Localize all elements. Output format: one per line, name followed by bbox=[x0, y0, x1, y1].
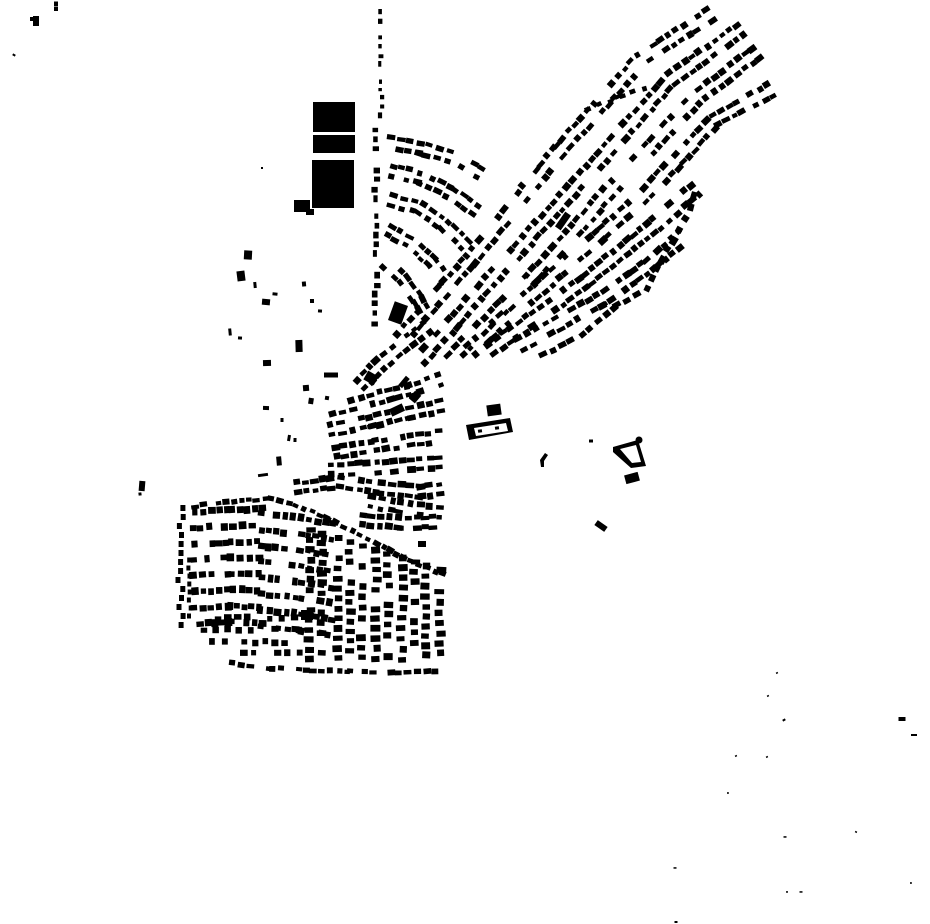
building bbox=[427, 456, 434, 461]
building bbox=[435, 465, 443, 470]
building bbox=[265, 559, 271, 565]
building bbox=[248, 627, 254, 634]
building bbox=[334, 616, 342, 622]
building bbox=[306, 209, 314, 215]
building bbox=[436, 599, 444, 606]
building bbox=[302, 281, 306, 286]
building bbox=[378, 44, 381, 48]
building bbox=[359, 563, 366, 570]
building bbox=[305, 647, 314, 653]
figure-ground-map bbox=[0, 0, 930, 924]
building bbox=[208, 571, 214, 577]
building bbox=[373, 136, 378, 142]
building bbox=[424, 482, 433, 488]
building bbox=[266, 607, 273, 615]
building bbox=[224, 614, 232, 621]
building bbox=[371, 322, 378, 327]
building bbox=[335, 595, 343, 601]
building bbox=[306, 537, 313, 543]
building bbox=[301, 610, 313, 620]
building bbox=[334, 566, 342, 572]
building bbox=[179, 541, 184, 547]
building bbox=[306, 517, 313, 523]
building bbox=[636, 437, 643, 444]
building bbox=[333, 636, 343, 641]
building bbox=[284, 649, 290, 656]
building bbox=[333, 452, 341, 459]
building bbox=[349, 441, 357, 449]
building bbox=[380, 95, 384, 99]
building bbox=[910, 882, 912, 884]
building bbox=[399, 457, 407, 464]
building bbox=[317, 619, 325, 626]
building bbox=[244, 614, 251, 621]
building bbox=[405, 516, 412, 521]
building bbox=[346, 608, 356, 614]
building bbox=[387, 669, 395, 675]
building bbox=[389, 457, 398, 465]
building bbox=[318, 609, 325, 616]
building bbox=[357, 477, 365, 485]
building bbox=[328, 537, 334, 543]
building bbox=[327, 486, 336, 492]
building bbox=[297, 513, 305, 522]
building bbox=[373, 128, 379, 132]
building bbox=[478, 429, 482, 433]
building bbox=[348, 579, 356, 586]
building bbox=[178, 559, 183, 565]
building bbox=[380, 105, 384, 109]
building bbox=[410, 578, 419, 585]
building bbox=[245, 587, 252, 593]
building bbox=[271, 543, 279, 551]
building bbox=[293, 438, 296, 442]
building bbox=[296, 667, 302, 672]
building bbox=[291, 614, 298, 620]
building bbox=[279, 615, 285, 622]
building bbox=[415, 431, 424, 437]
building bbox=[200, 509, 206, 516]
building bbox=[384, 602, 394, 609]
building bbox=[377, 514, 385, 520]
building bbox=[181, 514, 186, 520]
building bbox=[379, 80, 382, 84]
building bbox=[317, 579, 327, 586]
building bbox=[366, 522, 374, 529]
building bbox=[238, 571, 245, 577]
building bbox=[204, 555, 210, 563]
building bbox=[181, 613, 186, 619]
building bbox=[262, 299, 270, 306]
building bbox=[199, 571, 207, 578]
building bbox=[336, 555, 343, 561]
building bbox=[345, 590, 354, 596]
building bbox=[347, 539, 355, 545]
building bbox=[220, 554, 227, 560]
building bbox=[434, 589, 444, 594]
building bbox=[313, 488, 319, 493]
building bbox=[325, 598, 333, 607]
building bbox=[309, 669, 317, 674]
building bbox=[382, 459, 390, 466]
building bbox=[318, 309, 322, 312]
building bbox=[410, 618, 418, 625]
building bbox=[216, 587, 223, 594]
building bbox=[399, 595, 409, 602]
building bbox=[319, 549, 326, 556]
building bbox=[371, 656, 380, 662]
building bbox=[383, 632, 391, 638]
building bbox=[243, 506, 250, 514]
building bbox=[272, 292, 277, 296]
building bbox=[411, 629, 418, 635]
building bbox=[267, 616, 272, 622]
building bbox=[267, 574, 273, 583]
building bbox=[304, 627, 313, 633]
building bbox=[425, 503, 432, 510]
building bbox=[307, 576, 315, 583]
building bbox=[293, 595, 299, 601]
building bbox=[418, 541, 426, 547]
building bbox=[269, 666, 275, 672]
building bbox=[229, 659, 236, 665]
building bbox=[395, 670, 402, 675]
building bbox=[239, 585, 246, 593]
building bbox=[800, 891, 803, 893]
building bbox=[374, 283, 381, 288]
building bbox=[238, 336, 242, 339]
building bbox=[436, 567, 446, 574]
building bbox=[271, 640, 278, 647]
building bbox=[346, 619, 354, 625]
building bbox=[397, 526, 404, 531]
building bbox=[237, 506, 244, 513]
building bbox=[282, 512, 288, 520]
building bbox=[318, 650, 326, 656]
building bbox=[374, 459, 379, 465]
building bbox=[305, 656, 314, 663]
building bbox=[367, 513, 376, 519]
building bbox=[258, 558, 264, 565]
building bbox=[296, 627, 302, 633]
building bbox=[436, 515, 442, 520]
building bbox=[187, 558, 191, 563]
building bbox=[221, 523, 228, 531]
building bbox=[205, 619, 213, 627]
building bbox=[371, 187, 377, 193]
building bbox=[236, 539, 244, 546]
building bbox=[386, 513, 392, 520]
building bbox=[334, 655, 342, 661]
building bbox=[423, 604, 431, 609]
building bbox=[234, 603, 240, 609]
building bbox=[390, 468, 399, 475]
building bbox=[187, 614, 191, 619]
building bbox=[324, 372, 338, 377]
building bbox=[274, 593, 280, 599]
building bbox=[373, 447, 380, 453]
building bbox=[227, 602, 233, 610]
building bbox=[373, 146, 379, 151]
building bbox=[332, 645, 342, 652]
building bbox=[259, 527, 266, 534]
building bbox=[400, 646, 407, 653]
building bbox=[373, 232, 378, 239]
building bbox=[371, 546, 380, 553]
building bbox=[377, 479, 386, 486]
building bbox=[178, 568, 183, 574]
building bbox=[284, 609, 290, 617]
building bbox=[231, 499, 238, 505]
building bbox=[215, 616, 222, 621]
building bbox=[411, 599, 419, 605]
building bbox=[303, 668, 310, 673]
building bbox=[238, 521, 246, 529]
building bbox=[417, 501, 425, 507]
building bbox=[252, 505, 258, 513]
building bbox=[786, 891, 788, 893]
building bbox=[176, 577, 181, 583]
building bbox=[396, 636, 404, 641]
building bbox=[312, 160, 354, 208]
building bbox=[373, 645, 380, 652]
building bbox=[292, 577, 298, 585]
building bbox=[191, 587, 199, 595]
building bbox=[422, 651, 430, 658]
building bbox=[399, 555, 407, 562]
building bbox=[334, 625, 343, 632]
building bbox=[284, 626, 291, 632]
building bbox=[423, 668, 431, 674]
building bbox=[397, 481, 406, 488]
building bbox=[308, 398, 314, 405]
building bbox=[251, 650, 256, 655]
building bbox=[347, 638, 354, 643]
building bbox=[240, 650, 248, 656]
building bbox=[378, 88, 382, 91]
building bbox=[357, 487, 363, 492]
building bbox=[177, 604, 182, 610]
building bbox=[196, 621, 204, 627]
building bbox=[215, 540, 223, 546]
building bbox=[228, 538, 233, 545]
building bbox=[318, 669, 325, 674]
building bbox=[359, 543, 367, 548]
building bbox=[333, 576, 343, 582]
building bbox=[209, 638, 215, 645]
building bbox=[332, 586, 342, 592]
building bbox=[297, 580, 305, 587]
building bbox=[347, 461, 355, 466]
building bbox=[417, 492, 426, 499]
building bbox=[911, 734, 917, 736]
building bbox=[298, 531, 306, 537]
building bbox=[305, 546, 314, 552]
building bbox=[228, 506, 235, 514]
building bbox=[350, 451, 358, 459]
building bbox=[346, 558, 354, 564]
building bbox=[253, 282, 257, 288]
building bbox=[359, 521, 366, 528]
building bbox=[54, 2, 58, 7]
building bbox=[383, 551, 391, 556]
building bbox=[206, 522, 213, 530]
building bbox=[180, 586, 185, 592]
building bbox=[674, 867, 677, 869]
building bbox=[318, 591, 326, 596]
building bbox=[421, 573, 429, 578]
building bbox=[252, 498, 260, 503]
building bbox=[399, 574, 407, 581]
building bbox=[374, 272, 380, 279]
building bbox=[372, 291, 378, 298]
building bbox=[378, 35, 382, 39]
building bbox=[227, 553, 235, 561]
building bbox=[424, 431, 431, 437]
building bbox=[339, 442, 348, 449]
building bbox=[201, 588, 206, 594]
building bbox=[201, 628, 208, 633]
building bbox=[357, 645, 365, 651]
building bbox=[289, 512, 296, 521]
building bbox=[246, 664, 254, 669]
building bbox=[313, 135, 355, 153]
building bbox=[413, 525, 422, 531]
building bbox=[257, 624, 264, 630]
building bbox=[266, 527, 272, 533]
building bbox=[325, 396, 330, 401]
building bbox=[280, 418, 283, 422]
building bbox=[423, 563, 430, 570]
building bbox=[30, 17, 34, 21]
map-background bbox=[0, 0, 930, 924]
building bbox=[188, 590, 192, 595]
building bbox=[383, 562, 391, 567]
building bbox=[420, 516, 429, 521]
building bbox=[373, 195, 377, 202]
building bbox=[399, 584, 408, 590]
building bbox=[305, 567, 314, 573]
building bbox=[319, 560, 327, 566]
building bbox=[435, 620, 444, 626]
building bbox=[138, 492, 141, 495]
building bbox=[239, 498, 244, 503]
building bbox=[436, 491, 445, 497]
building bbox=[435, 428, 443, 433]
building bbox=[209, 540, 215, 547]
building bbox=[246, 539, 252, 546]
building bbox=[278, 665, 284, 670]
building bbox=[359, 512, 367, 518]
building bbox=[187, 598, 191, 603]
building bbox=[407, 466, 416, 473]
building bbox=[372, 567, 381, 572]
building bbox=[306, 527, 316, 532]
building bbox=[199, 501, 207, 507]
building bbox=[374, 177, 380, 182]
building bbox=[379, 54, 384, 58]
building bbox=[327, 667, 333, 673]
building bbox=[280, 529, 288, 537]
building bbox=[258, 590, 266, 597]
building bbox=[362, 459, 371, 466]
building bbox=[384, 611, 393, 618]
building bbox=[377, 523, 383, 530]
building bbox=[358, 615, 366, 621]
building bbox=[405, 482, 414, 488]
building bbox=[431, 669, 438, 675]
building bbox=[383, 653, 392, 660]
building bbox=[190, 525, 197, 531]
building bbox=[179, 622, 184, 628]
building bbox=[370, 615, 380, 622]
building bbox=[189, 606, 193, 611]
building bbox=[337, 668, 342, 674]
building bbox=[328, 463, 334, 467]
building bbox=[373, 577, 382, 583]
building bbox=[274, 650, 281, 656]
building bbox=[414, 515, 420, 520]
building bbox=[298, 595, 304, 602]
building bbox=[265, 543, 272, 551]
building bbox=[427, 492, 434, 500]
building bbox=[395, 513, 403, 521]
building bbox=[266, 592, 274, 599]
building bbox=[359, 605, 367, 611]
building bbox=[316, 597, 325, 605]
building bbox=[252, 640, 258, 647]
building bbox=[302, 480, 309, 485]
building bbox=[139, 481, 146, 491]
building bbox=[374, 168, 380, 174]
building bbox=[303, 385, 309, 391]
building bbox=[370, 625, 380, 632]
building bbox=[54, 7, 58, 11]
building bbox=[317, 540, 326, 546]
building bbox=[428, 465, 436, 472]
building bbox=[369, 670, 376, 674]
building bbox=[179, 595, 184, 601]
building bbox=[428, 410, 435, 418]
building bbox=[899, 717, 906, 721]
building bbox=[274, 575, 280, 583]
building bbox=[428, 525, 437, 530]
building bbox=[354, 459, 362, 466]
building bbox=[317, 570, 327, 577]
building bbox=[234, 614, 242, 620]
building bbox=[589, 440, 593, 443]
building bbox=[179, 550, 184, 556]
building bbox=[348, 472, 355, 477]
building bbox=[313, 102, 355, 132]
building bbox=[257, 606, 264, 614]
building bbox=[180, 505, 185, 511]
building bbox=[345, 648, 354, 653]
building bbox=[241, 604, 247, 610]
building bbox=[187, 582, 191, 587]
building bbox=[237, 662, 245, 669]
building bbox=[398, 564, 408, 571]
building bbox=[258, 542, 266, 549]
building bbox=[486, 404, 501, 417]
building bbox=[359, 583, 366, 590]
building bbox=[374, 214, 378, 219]
building bbox=[362, 669, 368, 674]
building bbox=[208, 588, 214, 595]
building bbox=[304, 636, 314, 642]
building bbox=[318, 531, 327, 538]
building bbox=[358, 440, 364, 446]
